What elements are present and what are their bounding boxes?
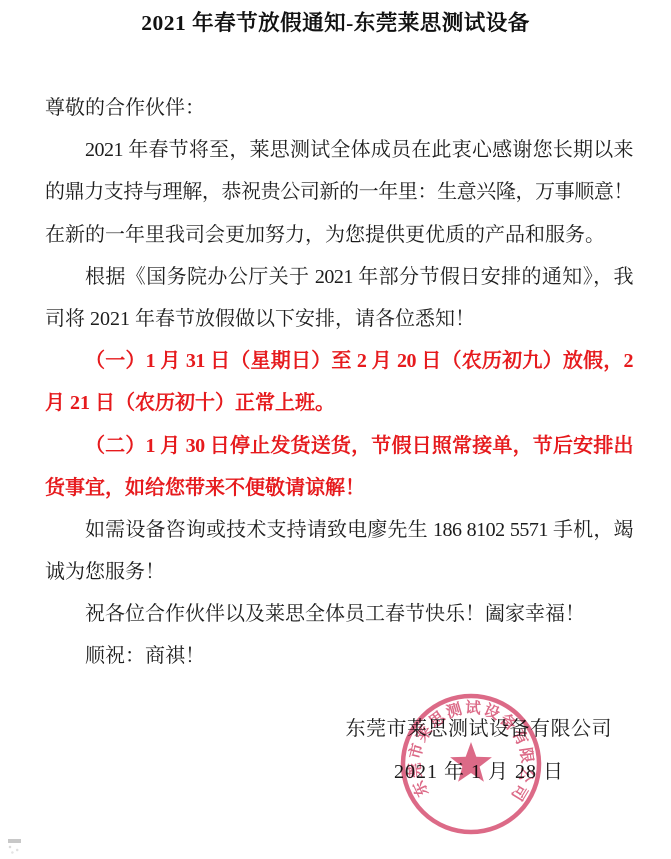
document-title: 2021 年春节放假通知-东莞莱思测试设备 xyxy=(0,6,671,37)
body-line: 的鼎力支持与理解，恭祝贵公司新的一年里：生意兴隆，万事顺意！ xyxy=(45,171,633,213)
holiday-notice-line-2: 月 21 日（农历初十）正常上班。 xyxy=(45,382,633,424)
salutation-line: 尊敬的合作伙伴： xyxy=(45,87,633,129)
company-seal-stamp: 东莞市莱思测试设备有限公司 xyxy=(398,691,544,837)
artifact-dots xyxy=(6,844,22,854)
body-line: 在新的一年里我司会更加努力，为您提供更优质的产品和服务。 xyxy=(45,214,633,256)
closing-line: 顺祝：商祺！ xyxy=(45,635,633,677)
body-line: 司将 2021 年春节放假做以下安排，请各位悉知！ xyxy=(45,298,633,340)
shipping-notice-line-1: （二）1 月 30 日停止发货送货，节假日照常接单，节后安排出 xyxy=(45,425,633,467)
body-line: 根据《国务院办公厅关于 2021 年部分节假日安排的通知》，我 xyxy=(45,256,633,298)
contact-line: 如需设备咨询或技术支持请致电廖先生 186 8102 5571 手机，竭 xyxy=(45,509,633,551)
contact-line-2: 诚为您服务！ xyxy=(45,551,633,593)
document-body: 尊敬的合作伙伴： 2021 年春节将至，莱思测试全体成员在此衷心感谢您长期以来 … xyxy=(45,87,633,678)
artifact-bar xyxy=(8,839,21,843)
holiday-notice-line-1: （一）1 月 31 日（星期日）至 2 月 20 日（农历初九）放假，2 xyxy=(45,340,633,382)
star-icon xyxy=(450,742,492,782)
greeting-line: 祝各位合作伙伴以及莱思全体员工春节快乐！阖家幸福！ xyxy=(45,593,633,635)
body-line: 2021 年春节将至，莱思测试全体成员在此衷心感谢您长期以来 xyxy=(45,129,633,171)
shipping-notice-line-2: 货事宜，如给您带来不便敬请谅解！ xyxy=(45,467,633,509)
corner-artifact-icon xyxy=(6,839,24,855)
document-page: 2021 年春节放假通知-东莞莱思测试设备 尊敬的合作伙伴： 2021 年春节将… xyxy=(0,0,671,859)
